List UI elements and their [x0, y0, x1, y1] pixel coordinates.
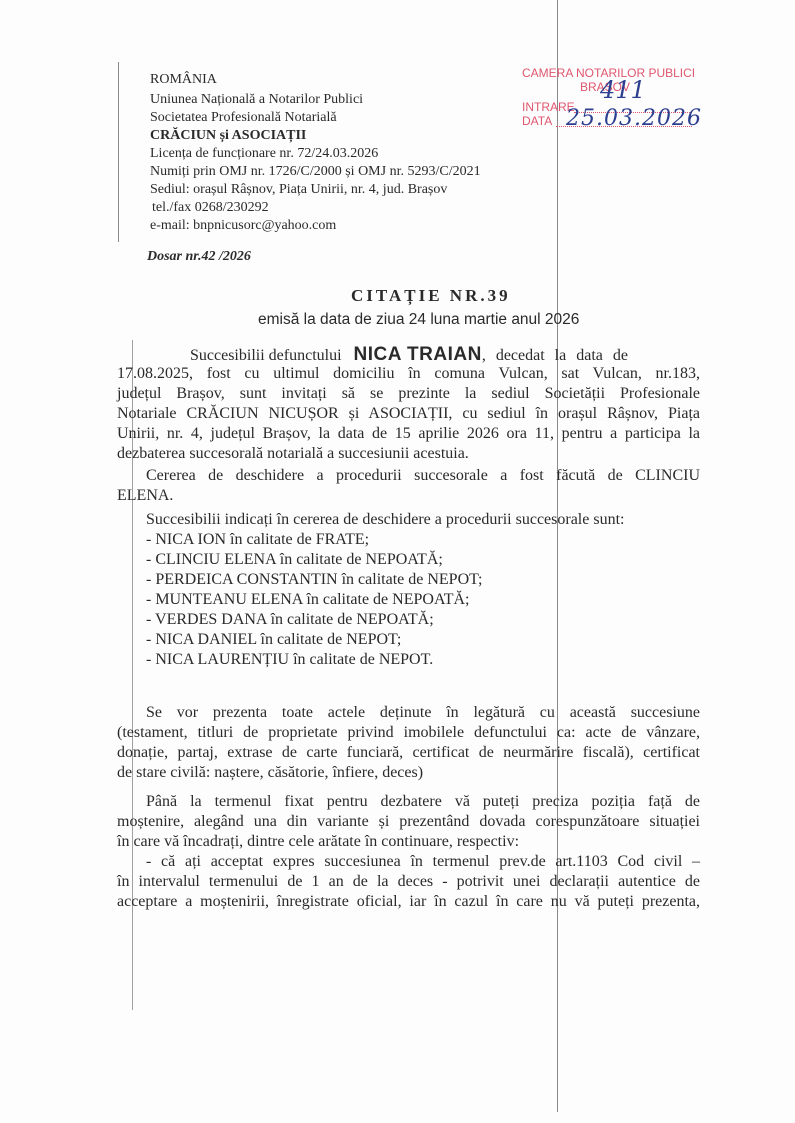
heir-item: - VERDES DANA în calitate de NEPOATĂ;: [146, 611, 434, 629]
document-title: CITAȚIE NR.39: [351, 286, 511, 306]
header-country: ROMÂNIA: [150, 72, 217, 88]
para1-line2: 17.08.2025, fost cu ultimul domiciliu în…: [117, 365, 700, 383]
para1-line3: județul Brașov, sunt invitați să se prez…: [117, 385, 700, 403]
para3-line3: donație, partaj, extrase de carte funcia…: [117, 744, 700, 762]
header-phone: tel./fax 0268/230292: [152, 200, 269, 216]
stamp-date-value: 25.03.2026: [566, 106, 702, 131]
header-license: Licența de funcționare nr. 72/24.03.2026: [150, 146, 378, 162]
para3-line1: Se vor prezenta toate actele deținute în…: [146, 704, 700, 722]
heir-item: - MUNTEANU ELENA în calitate de NEPOATĂ;: [146, 591, 470, 609]
heir-item: - NICA LAURENȚIU în calitate de NEPOT.: [146, 651, 433, 669]
para3-line2: (testament, titluri de proprietate privi…: [117, 724, 700, 742]
heir-item: - PERDEICA CONSTANTIN în calitate de NEP…: [146, 571, 482, 589]
heir-item: - NICA ION în calitate de FRATE;: [146, 531, 369, 549]
file-number: Dosar nr.42 /2026: [147, 249, 251, 265]
para4-line3: în care vă încadrați, dintre cele arătat…: [117, 833, 700, 851]
para3-line4: de stare civilă: naștere, căsătorie, înf…: [117, 764, 700, 782]
para1-line1: Succesibilii defunctului NICA TRAIAN, de…: [190, 344, 628, 366]
scan-line-left: [118, 62, 119, 242]
para4-line2: moștenire, alegând una din variante și p…: [117, 813, 700, 831]
stamp-entry-value: 411: [600, 76, 646, 104]
deceased-name: NICA TRAIAN: [354, 344, 482, 365]
header-address: Sediul: orașul Râșnov, Piața Unirii, nr.…: [150, 182, 447, 198]
stamp-date-label: DATA: [522, 114, 552, 128]
para1-line1-post: , decedat la data de: [482, 347, 628, 364]
para2-line2: ELENA.: [117, 487, 700, 505]
header-appointed: Numiți prin OMJ nr. 1726/C/2000 și OMJ n…: [150, 164, 481, 180]
header-society: Societatea Profesională Notarială: [150, 110, 337, 126]
heirs-intro: Succesibilii indicați în cererea de desc…: [146, 511, 624, 529]
para2-line1: Cererea de deschidere a procedurii succe…: [146, 467, 700, 485]
para1-line4: Notariale CRĂCIUN NICUȘOR și ASOCIAȚII, …: [117, 405, 700, 423]
document-subtitle: emisă la data de ziua 24 luna martie anu…: [258, 311, 579, 329]
para1-line6: dezbaterea succesorală notarială a succe…: [117, 445, 700, 463]
scan-line-center: [557, 0, 558, 1112]
para4-line1: Până la termenul fixat pentru dezbatere …: [146, 793, 700, 811]
para1-line5: Unirii, nr. 4, județul Brașov, la data d…: [117, 425, 700, 443]
para4-line5: în intervalul termenului de 1 an de la d…: [117, 873, 700, 891]
para1-intro: Succesibilii defunctului: [190, 347, 342, 364]
header-firm: CRĂCIUN și ASOCIAȚII: [150, 128, 306, 144]
header-union: Uniunea Națională a Notarilor Publici: [150, 92, 363, 108]
header-email: e-mail: bnpnicusorc@yahoo.com: [150, 218, 336, 234]
para4-line4: - că ați acceptat expres succesiunea în …: [146, 853, 700, 871]
heir-item: - CLINCIU ELENA în calitate de NEPOATĂ;: [146, 551, 443, 569]
para4-line6: acceptare a moștenirii, înregistrate ofi…: [117, 893, 700, 911]
heir-item: - NICA DANIEL în calitate de NEPOT;: [146, 631, 401, 649]
